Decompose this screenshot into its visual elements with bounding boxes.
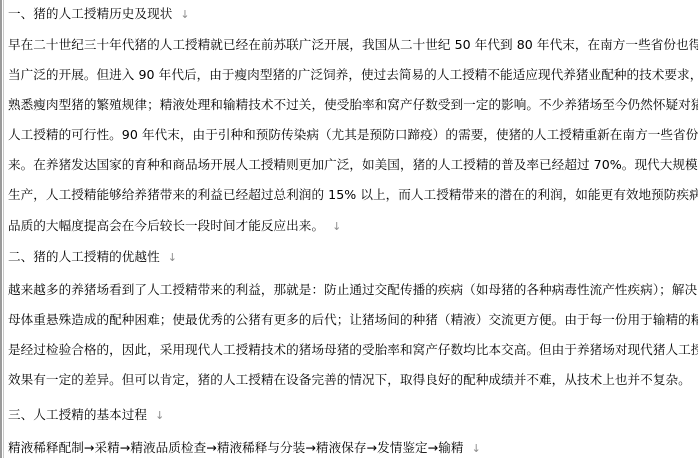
paragraph-line: 母体重悬殊造成的配种困难；使最优秀的公猪有更多的后代；让猪场间的种猪（精液）交流… [8,311,696,329]
paragraph-line: 熟悉瘦肉型猪的繁殖规律；精液处理和输精技术不过关，使受胎率和窝产仔数受到一定的影… [8,96,696,114]
paragraph-line: 生产，人工授精能够给养猪带来的利益已经超过总利润的 15% 以上，而人工授精带来… [8,186,696,204]
section-heading-3: 三、人工授精的基本过程↓ [8,406,164,424]
heading-text: 三、人工授精的基本过程 [8,407,147,422]
paragraph-mark-icon: ↓ [332,220,341,233]
paragraph-mark-icon: ↓ [472,442,481,455]
page-left-border-inner [3,0,4,458]
paragraph-mark-icon: ↓ [168,251,177,264]
paragraph-line-end: 品质的大幅度提高会在今后较长一段时间才能反应出来。↓ [8,217,341,235]
section-heading-2: 二、猪的人工授精的优越性↓ [8,248,177,266]
paragraph-line: 越来越多的养猪场看到了人工授精带来的利益，那就是：防止通过交配传播的疾病（如母猪… [8,281,696,299]
process-flow-line: 精液稀释配制→采精→精液品质检查→精液稀释与分装→精液保存→发情鉴定→输精↓ [8,439,481,457]
heading-text: 二、猪的人工授精的优越性 [8,249,160,264]
process-text: 精液稀释配制→采精→精液品质检查→精液稀释与分装→精液保存→发情鉴定→输精 [8,440,464,455]
document-body[interactable]: 一、猪的人工授精历史及现状↓ 早在二十世纪三十年代猪的人工授精就已经在前苏联广泛… [8,0,698,458]
paragraph-line-end: 效果有一定的差异。但可以肯定，猪的人工授精在设备完善的情况下，取得良好的配种成绩… [8,371,698,389]
paragraph-mark-icon: ↓ [180,8,189,21]
heading-text: 一、猪的人工授精历史及现状 [8,6,172,21]
page-left-border [0,0,2,458]
paragraph-text: 效果有一定的差异。但可以肯定，猪的人工授精在设备完善的情况下，取得良好的配种成绩… [8,372,691,387]
paragraph-line: 当广泛的开展。但进入 90 年代后，由于瘦肉型猪的广泛饲养，使过去简易的人工授精… [8,66,696,84]
section-heading-1: 一、猪的人工授精历史及现状↓ [8,5,190,23]
paragraph-line: 来。在养猪发达国家的育种和商品场开展人工授精则更加广泛，如美国，猪的人工授精的普… [8,156,696,174]
paragraph-mark-icon: ↓ [155,409,164,422]
paragraph-line: 人工授精的可行性。90 年代末，由于引种和预防传染病（尤其是预防口蹄疫）的需要，… [8,126,696,144]
paragraph-line: 早在二十世纪三十年代猪的人工授精就已经在前苏联广泛开展，我国从二十世纪 50 年… [8,36,696,54]
paragraph-line: 是经过检验合格的，因此，采用现代人工授精技术的猪场母猪的受胎率和窝产仔数均比本交… [8,341,696,359]
paragraph-text: 品质的大幅度提高会在今后较长一段时间才能反应出来。 [8,218,324,233]
